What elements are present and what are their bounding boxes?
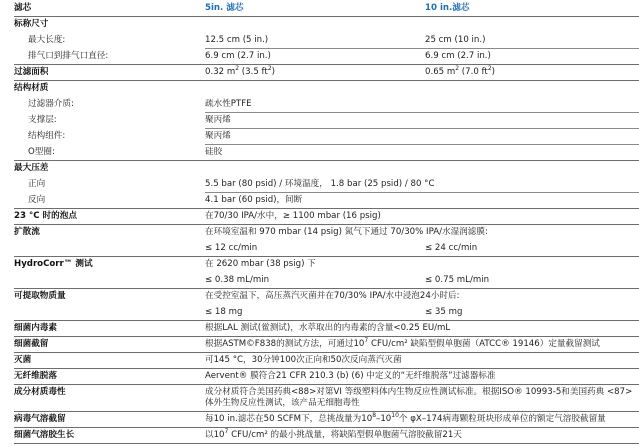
value: 每10 in.滤芯在50 SCFM下，总挑战量为108–1010个 φX–174… — [205, 411, 606, 427]
row-label: 细菌气溶胶生长 — [14, 427, 74, 443]
value-10in: 6.9 cm (2.7 in.) — [425, 48, 491, 64]
row-label: 最大长度: — [28, 32, 65, 48]
row-label: 成分材质毒性 — [14, 384, 66, 400]
header-10in: 10 in.滤芯 — [425, 0, 469, 16]
row-label: 反向 — [28, 192, 45, 208]
value-10in: ≤ 0.75 mL/min — [425, 272, 489, 288]
value: 以107 CFU/cm² 的最小挑战量，将缺陷型假单胞菌气溶胶截留21天 — [205, 427, 462, 443]
section-label: 最大压差 — [14, 160, 48, 176]
divider — [14, 443, 639, 444]
divider — [205, 144, 639, 145]
row-label: 结构组件: — [28, 128, 65, 144]
row-label: HydroCorr™ 测试 — [14, 256, 93, 272]
value: 根据LAL 测试(鲎测试)，水萃取出的内毒素的含量<0.25 EU/mL — [205, 320, 450, 336]
value: 疏水性PTFE — [205, 96, 252, 112]
row-label: 无纤维脱落 — [14, 368, 57, 384]
row-label: 细菌截留 — [14, 336, 48, 352]
row-label: 细菌内毒素 — [14, 320, 57, 336]
row-label: 排气口到排气口直径: — [28, 48, 108, 64]
value-5in: ≤ 0.38 mL/min — [205, 272, 269, 288]
value: 4.1 bar (60 psid)，间断 — [205, 192, 302, 208]
header-label: 滤芯 — [14, 0, 31, 16]
divider — [14, 64, 639, 65]
value: 根据ASTM©F838的测试方法，可通过107 CFU/cm² 缺陷型假单胞菌（… — [205, 336, 600, 352]
value: 聚丙烯 — [205, 112, 231, 128]
divider — [205, 112, 639, 113]
value-line-2: 体外生物反应性测试，该产品无细胞毒性 — [205, 398, 360, 409]
value-5in: ≤ 12 cc/min — [205, 240, 257, 256]
value: Aervent® 膜符合21 CFR 210.3 (b) (6) 中定义的“无纤… — [205, 368, 496, 384]
row-label: 过滤面积 — [14, 64, 48, 80]
divider — [14, 16, 639, 17]
row-label: O型圈: — [28, 144, 55, 160]
value-10in: 25 cm (10 in.) — [425, 32, 485, 48]
value: 5.5 bar (80 psid) / 环境温度， 1.8 bar (25 ps… — [205, 176, 434, 192]
row-label: 可提取物质量 — [14, 288, 66, 304]
value: 硅胶 — [205, 144, 222, 160]
divider — [14, 80, 639, 81]
row-label: 23 °C 时的泡点 — [14, 208, 77, 224]
section-label: 标称尺寸 — [14, 16, 48, 32]
value-10in: ≤ 24 cc/min — [425, 240, 477, 256]
value-5in: 6.9 cm (2.7 in.) — [205, 48, 271, 64]
row-label: 灭菌 — [14, 352, 31, 368]
value-5in: 12.5 cm (5 in.) — [205, 32, 268, 48]
value: 在70/30 IPA/水中，≥ 1100 mbar (16 psig) — [205, 208, 381, 224]
value-5in: 0.32 m2 (3.5 ft2) — [205, 64, 275, 80]
condition: 在 2620 mbar (38 psig) 下 — [205, 256, 316, 272]
condition: 在受控室温下，高压蒸汽灭菌并在70/30% IPA/水中浸泡24小时后: — [205, 288, 460, 304]
divider — [14, 160, 639, 161]
value: 可145 °C，30分钟100次正向和50次反向蒸汽灭菌 — [205, 352, 402, 368]
row-label: 病毒气溶截留 — [14, 411, 66, 427]
row-label: 支撑层: — [28, 112, 57, 128]
row-label: 过滤器介质: — [28, 96, 74, 112]
value: 聚丙烯 — [205, 128, 231, 144]
value-10in: 0.65 m2 (7.0 ft2) — [425, 64, 495, 80]
section-label: 结构材质 — [14, 80, 48, 96]
spec-table: 滤芯 5in. 滤芯 10 in.滤芯 标称尺寸 最大长度: 12.5 cm (… — [0, 0, 639, 447]
row-label: 正向 — [28, 176, 45, 192]
header-5in: 5in. 滤芯 — [205, 0, 244, 16]
value-5in: ≤ 18 mg — [205, 304, 242, 320]
divider — [14, 256, 639, 257]
value-10in: ≤ 35 mg — [425, 304, 462, 320]
divider — [205, 128, 639, 129]
value-line-1: 成分材质符合美国药典<88>对第VI 等级塑料体内生物反应性测试标准。根据ISO… — [205, 387, 632, 398]
condition: 在环境室温和 970 mbar (14 psig) 氮气下通过 70/30% I… — [205, 224, 488, 240]
row-label: 扩散流 — [14, 224, 40, 240]
divider — [14, 384, 639, 385]
